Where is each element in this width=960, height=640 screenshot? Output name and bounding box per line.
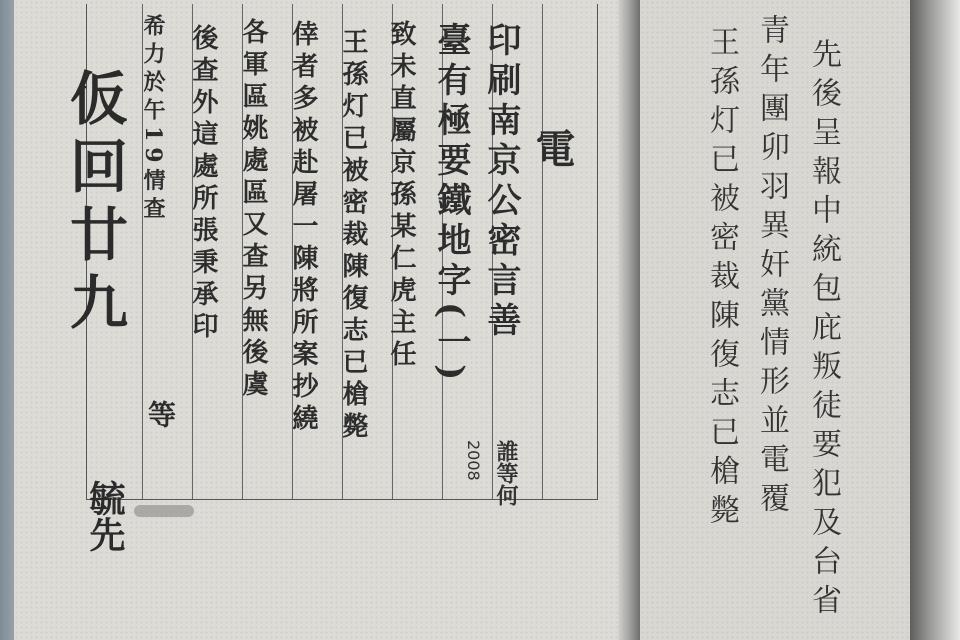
- signature: 毓先: [80, 480, 131, 552]
- book-gutter: [618, 0, 640, 640]
- right-text-column-2: 青年團卯羽異奸黨情形並電覆: [756, 14, 786, 521]
- numeric-annotation: 2008: [464, 440, 483, 481]
- text-column-3: 致未直屬京孫某仁虎主任: [388, 20, 414, 372]
- text-column-1: 印刷南京公密言善: [484, 22, 518, 342]
- text-column-5: 倖者多被赴屠一陳將所案抄繞: [290, 20, 316, 436]
- text-column-8: 希力於午19情查: [142, 14, 164, 225]
- heading: 電: [532, 128, 572, 174]
- margin-annotation: 誰等何: [490, 440, 521, 506]
- text-column-7: 後查外這處所張秉承印: [190, 24, 216, 344]
- scanned-document: 電 印刷南京公密言善 臺有極要鐵地字(一) 致未直屬京孫某仁虎主任 王孫灯已被密…: [0, 0, 960, 640]
- large-marginal-inscription: 仮回廿九: [52, 68, 136, 340]
- column-rule: [542, 4, 543, 499]
- text-column-2: 臺有極要鐵地字(一): [434, 22, 468, 386]
- right-text-column-3: 王孫灯已被密裁陳復志已槍斃: [706, 26, 736, 533]
- right-page: 先後呈報中統包庇叛徒要犯及台省 青年團卯羽異奸黨情形並電覆 王孫灯已被密裁陳復志…: [640, 0, 910, 640]
- text-column-4: 王孫灯已被密裁陳復志已槍斃: [340, 28, 366, 444]
- text-column-6: 各軍區姚處區又查另無後虞: [240, 18, 266, 402]
- signature-mark: 等: [140, 400, 180, 428]
- ink-smudge: [134, 505, 194, 517]
- right-text-column-1: 先後呈報中統包庇叛徒要犯及台省: [808, 38, 838, 623]
- left-page: 電 印刷南京公密言善 臺有極要鐵地字(一) 致未直屬京孫某仁虎主任 王孫灯已被密…: [14, 0, 630, 640]
- page-edge-shadow-right: [910, 0, 960, 640]
